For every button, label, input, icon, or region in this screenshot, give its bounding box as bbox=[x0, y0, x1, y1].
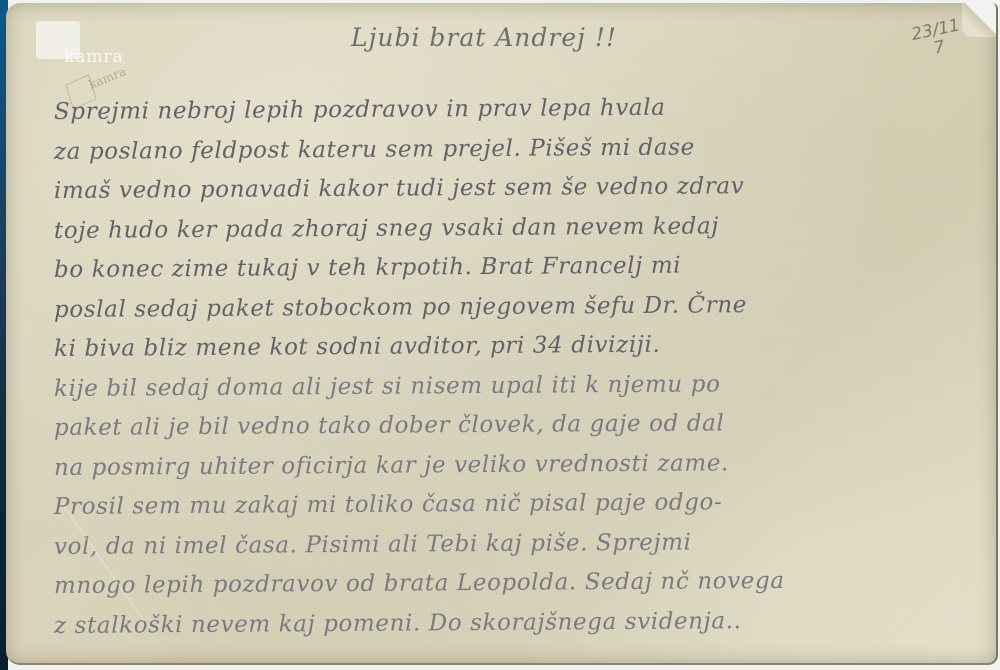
letter-line: kije bil sedaj doma ali jest si nisem up… bbox=[54, 363, 994, 409]
letter-body: Sprejmi nebroj lepih pozdravov in prav l… bbox=[54, 93, 994, 646]
letter-line: poslal sedaj paket stobockom po njegovem… bbox=[54, 284, 994, 330]
letter-line: ki biva bliz mene kot sodni avditor, pri… bbox=[54, 323, 994, 369]
salutation: Ljubi brat Andrej !! bbox=[351, 23, 617, 52]
letter-line: bo konec zime tukaj v teh krpotih. Brat … bbox=[54, 244, 994, 290]
postcard: kamra kamra 23/11 7 Ljubi brat Andrej !!… bbox=[6, 3, 998, 665]
letter-line: na posmirg uhiter oficirja kar je veliko… bbox=[54, 442, 994, 488]
letter-line: mnogo lepih pozdravov od brata Leopolda.… bbox=[54, 560, 994, 606]
letter-line: z stalkoški nevem kaj pomeni. Do skorajš… bbox=[54, 600, 994, 646]
watermark-text-secondary: kamra bbox=[87, 64, 128, 91]
letter-line: Sprejmi nebroj lepih pozdravov in prav l… bbox=[54, 86, 994, 132]
letter-line: Prosil sem mu zakaj mi toliko časa nič p… bbox=[54, 481, 994, 527]
letter-line: za poslano feldpost kateru sem prejel. P… bbox=[54, 126, 994, 172]
date-annotation: 23/11 7 bbox=[910, 16, 965, 61]
corner-fold bbox=[962, 3, 996, 37]
letter-line: toje hudo ker pada zhoraj sneg vsaki dan… bbox=[54, 205, 994, 251]
watermark-text: kamra bbox=[64, 47, 124, 67]
letter-line: imaš vedno ponavadi kakor tudi jest sem … bbox=[54, 165, 994, 211]
letter-line: paket ali je bil vedno tako dober človek… bbox=[54, 402, 994, 448]
letter-line: vol, da ni imel časa. Pisimi ali Tebi ka… bbox=[54, 521, 994, 567]
